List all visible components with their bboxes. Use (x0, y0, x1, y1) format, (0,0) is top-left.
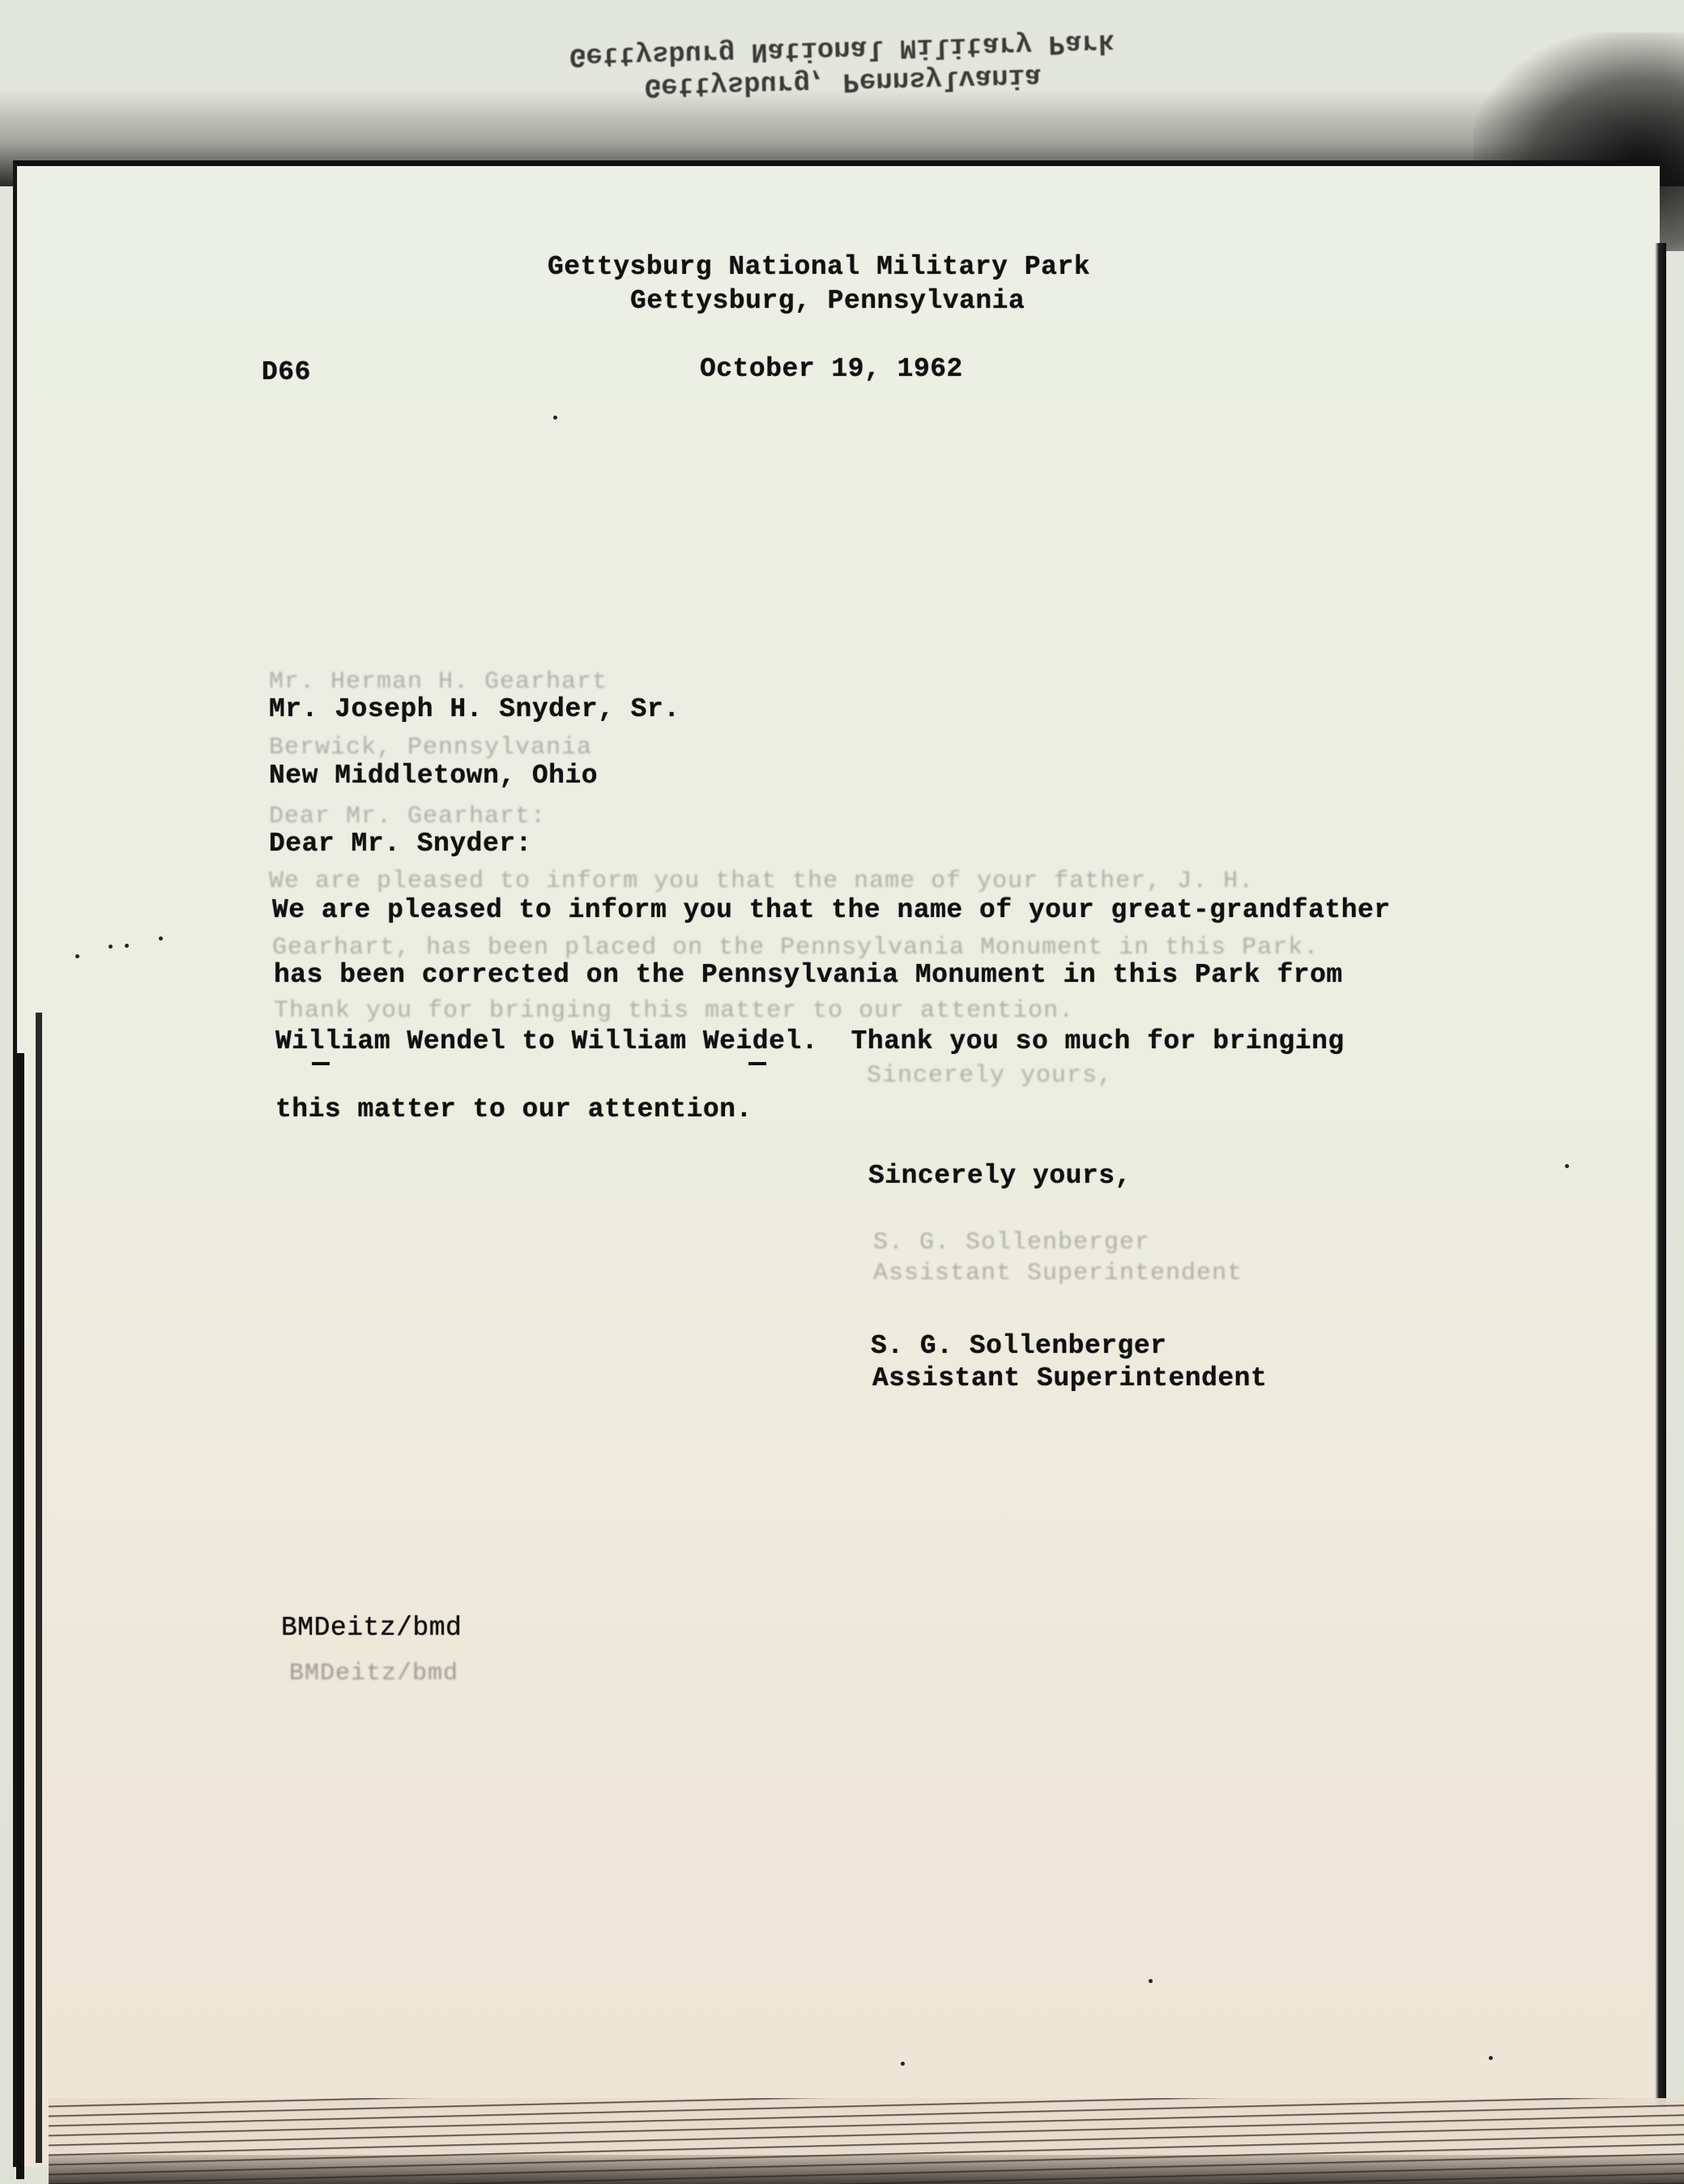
page-right-edge (1655, 243, 1666, 2106)
file-code: D66 (262, 356, 311, 389)
ghost-recipient-name: Mr. Herman H. Gearhart (269, 668, 608, 697)
paper-speck (553, 416, 557, 420)
letterhead-org: Gettysburg National Military Park (548, 251, 1090, 284)
page-left-edge-inner (36, 1013, 42, 2163)
recipient-name: Mr. Joseph H. Snyder, Sr. (269, 693, 680, 726)
ghost-body-line-2: Gearhart, has been placed on the Pennsyl… (272, 933, 1319, 962)
page-left-edge (16, 1053, 24, 2179)
signature-name: S. G. Sollenberger (871, 1330, 1166, 1363)
letterhead-location: Gettysburg, Pennsylvania (630, 285, 1025, 318)
paper-speck (75, 954, 79, 958)
signature-title: Assistant Superintendent (872, 1363, 1267, 1395)
paper-speck (159, 936, 163, 941)
ghost-reference-initials: BMDeitz/bmd (289, 1659, 458, 1688)
body-line-1: We are pleased to inform you that the na… (272, 894, 1391, 927)
ghost-body-line-3: Thank you for bringing this matter to ou… (274, 996, 1074, 1026)
ghost-signature-name: S. G. Sollenberger (873, 1228, 1150, 1257)
ghost-recipient-city: Berwick, Pennsylvania (269, 733, 592, 762)
paper-speck (125, 944, 129, 948)
ghost-body-line-1: We are pleased to inform you that the na… (269, 867, 1254, 896)
paper-speck (109, 945, 113, 949)
closing: Sincerely yours, (868, 1160, 1132, 1192)
paper-speck (1489, 2056, 1493, 2060)
ghost-signature-title: Assistant Superintendent (873, 1259, 1243, 1288)
body-line-4: this matter to our attention. (275, 1094, 752, 1126)
paper-speck (1149, 1979, 1153, 1983)
letter-page (13, 160, 1660, 2167)
body-line-3: William Wendel to William Weidel. Thank … (275, 1026, 1345, 1058)
recipient-city: New Middletown, Ohio (269, 760, 598, 792)
letter-date: October 19, 1962 (700, 353, 963, 386)
ghost-closing: Sincerely yours, (867, 1061, 1113, 1090)
paper-speck (1565, 1164, 1569, 1168)
ghost-salutation: Dear Mr. Gearhart: (269, 802, 546, 831)
body-line-2: has been corrected on the Pennsylvania M… (274, 959, 1343, 992)
correction-underline-wendel (312, 1062, 330, 1065)
paper-speck (901, 2062, 905, 2066)
reference-initials: BMDeitz/bmd (281, 1612, 462, 1644)
bottom-shadow (49, 2155, 1684, 2184)
correction-underline-weidel (748, 1062, 766, 1065)
salutation: Dear Mr. Snyder: (269, 828, 532, 860)
